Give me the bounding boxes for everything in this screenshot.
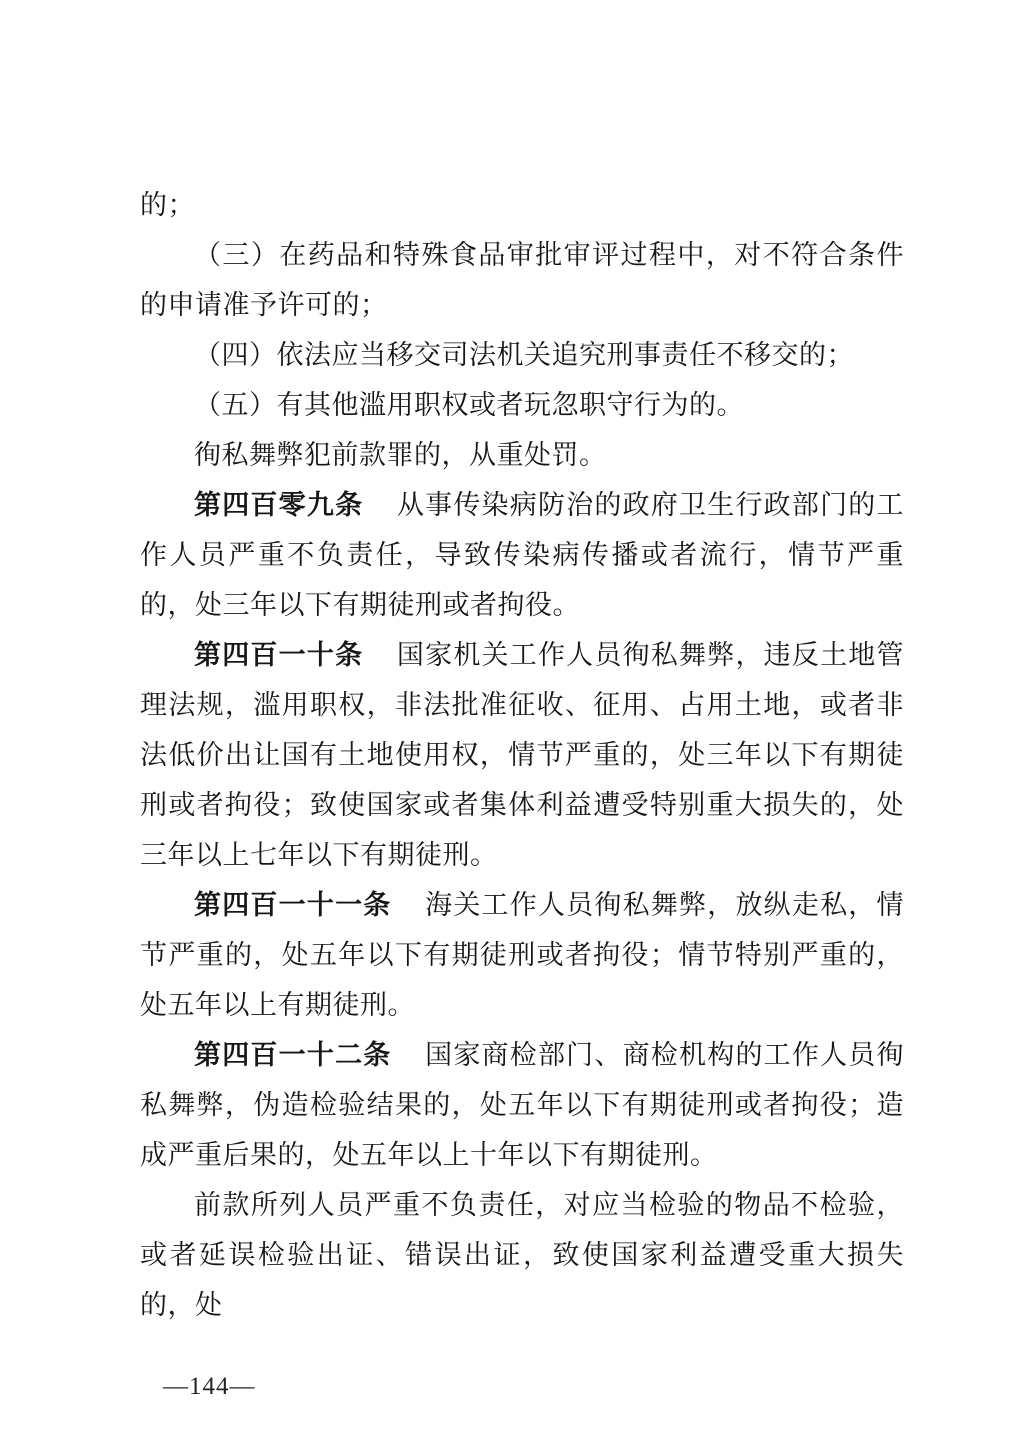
paragraph: 的；	[140, 180, 904, 230]
page-number: —144—	[163, 1373, 256, 1400]
article-number: 第四百一十一条	[194, 890, 392, 920]
paragraph: 前款所列人员严重不负责任，对应当检验的物品不检验，或者延误检验出证、错误出证，致…	[140, 1180, 904, 1330]
page-footer: —144—	[163, 1372, 256, 1402]
article-number: 第四百一十条	[194, 640, 363, 670]
paragraph: （三）在药品和特殊食品审批审评过程中，对不符合条件的申请准予许可的；	[140, 230, 904, 330]
paragraph-text: 徇私舞弊犯前款罪的，从重处罚。	[194, 440, 607, 470]
article-number: 第四百零九条	[194, 490, 363, 520]
paragraph-text: （四）依法应当移交司法机关追究刑事责任不移交的；	[194, 340, 854, 370]
paragraph: （五）有其他滥用职权或者玩忽职守行为的。	[140, 380, 904, 430]
paragraph: 第四百一十一条 海关工作人员徇私舞弊，放纵走私，情节严重的，处五年以下有期徒刑或…	[140, 880, 904, 1030]
paragraph: 第四百一十条 国家机关工作人员徇私舞弊，违反土地管理法规，滥用职权，非法批准征收…	[140, 630, 904, 880]
paragraph: 第四百零九条 从事传染病防治的政府卫生行政部门的工作人员严重不负责任，导致传染病…	[140, 480, 904, 630]
paragraph-text: 国家机关工作人员徇私舞弊，违反土地管理法规，滥用职权，非法批准征收、征用、占用土…	[140, 640, 904, 870]
article-number: 第四百一十二条	[194, 1040, 392, 1070]
paragraph-text: （三）在药品和特殊食品审批审评过程中，对不符合条件的申请准予许可的；	[140, 240, 904, 320]
paragraph: （四）依法应当移交司法机关追究刑事责任不移交的；	[140, 330, 904, 380]
document-body: 的； （三）在药品和特殊食品审批审评过程中，对不符合条件的申请准予许可的； （四…	[140, 180, 904, 1330]
paragraph-text: 的；	[140, 190, 195, 220]
paragraph: 第四百一十二条 国家商检部门、商检机构的工作人员徇私舞弊，伪造检验结果的，处五年…	[140, 1030, 904, 1180]
paragraph-text: （五）有其他滥用职权或者玩忽职守行为的。	[194, 390, 744, 420]
document-page: 的； （三）在药品和特殊食品审批审评过程中，对不符合条件的申请准予许可的； （四…	[0, 0, 1024, 1448]
paragraph-text: 前款所列人员严重不负责任，对应当检验的物品不检验，或者延误检验出证、错误出证，致…	[140, 1190, 904, 1320]
paragraph: 徇私舞弊犯前款罪的，从重处罚。	[140, 430, 904, 480]
